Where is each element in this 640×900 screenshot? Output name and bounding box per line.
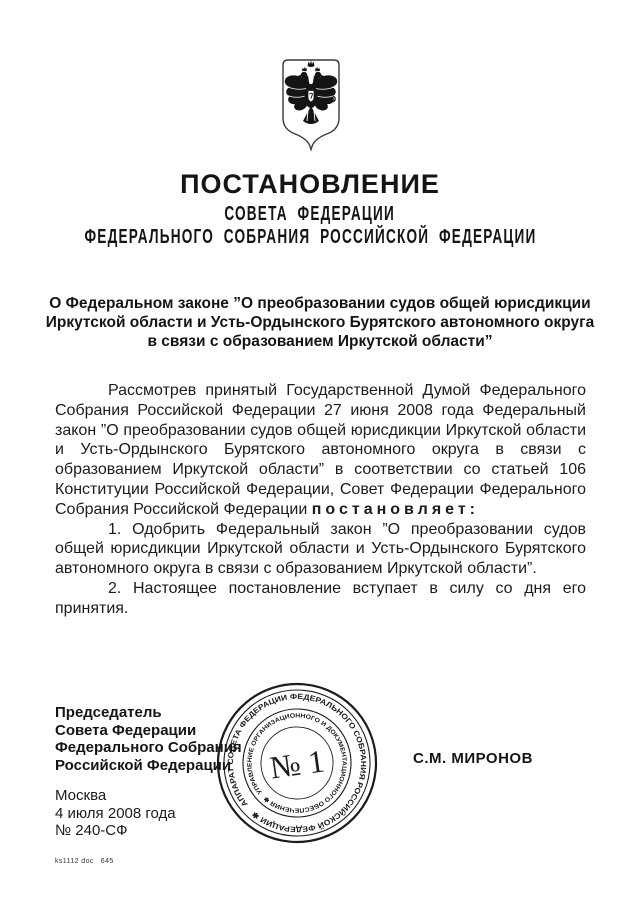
paragraph-1-text: Рассмотрев принятый Государственной Думо…: [55, 382, 586, 518]
document-page: ПОСТАНОВЛЕНИЕ СОВЕТА ФЕДЕРАЦИИ ФЕДЕРАЛЬН…: [0, 0, 640, 900]
document-title: ПОСТАНОВЛЕНИЕ: [0, 169, 620, 200]
decree-word: постановляет:: [312, 501, 479, 518]
coat-of-arms-svg: [277, 58, 345, 153]
issue-date: 4 июля 2008 года: [55, 805, 176, 823]
double-headed-eagle: [285, 61, 337, 125]
subject-heading: О Федеральном законе ”О преобразовании с…: [42, 294, 598, 351]
signer-name: С.М. МИРОНОВ: [413, 750, 533, 767]
signature-title-line: Совета Федерации: [55, 722, 242, 740]
document-subtitle-line2: ФЕДЕРАЛЬНОГО СОБРАНИЯ РОССИЙСКОЙ ФЕДЕРАЦ…: [0, 227, 620, 247]
footer-doc-mark: ks1112 doc 645: [55, 858, 114, 865]
body-paragraph-2: 1. Одобрить Федеральный закон ”О преобра…: [55, 520, 586, 579]
issue-block: Москва 4 июля 2008 года № 240-СФ: [55, 787, 176, 840]
body-text: Рассмотрев принятый Государственной Думо…: [55, 381, 586, 619]
signature-title-line: Председатель: [55, 704, 242, 722]
russian-coat-of-arms-icon: [277, 58, 345, 153]
issue-city: Москва: [55, 787, 176, 805]
body-paragraph-1: Рассмотрев принятый Государственной Думо…: [55, 381, 586, 520]
signature-title-line: Российской Федерации: [55, 757, 242, 775]
signature-title-line: Федерального Собрания: [55, 739, 242, 757]
stamp-number: № 1: [268, 742, 327, 785]
document-subtitle-line1: СОВЕТА ФЕДЕРАЦИИ: [0, 204, 620, 224]
body-paragraph-3: 2. Настоящее постановление вступает в си…: [55, 579, 586, 619]
document-number: № 240-СФ: [55, 822, 176, 840]
signature-title-block: Председатель Совета Федерации Федерально…: [55, 704, 242, 774]
